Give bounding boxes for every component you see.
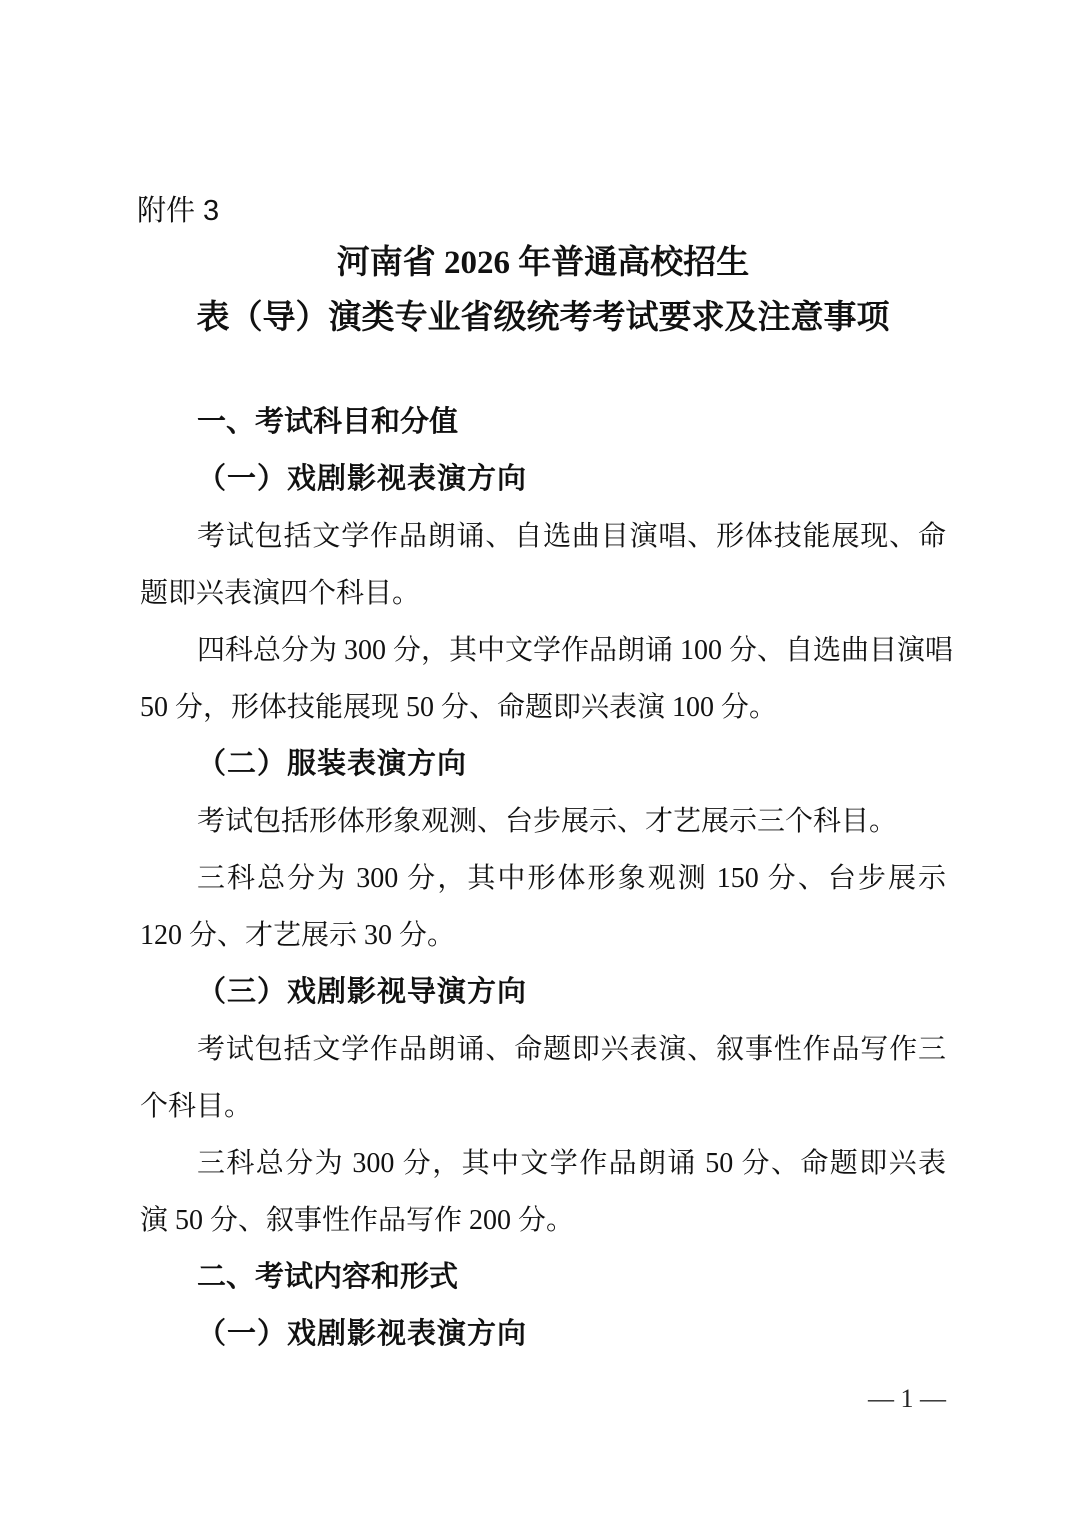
body-line: 考试包括文学作品朗诵、自选曲目演唱、形体技能展现、命 (140, 508, 946, 565)
body-line: 三科总分为 300 分，其中文学作品朗诵 50 分、命题即兴表 (140, 1135, 946, 1192)
body-line: 50 分，形体技能展现 50 分、命题即兴表演 100 分。 (140, 679, 946, 736)
body-line: 个科目。 (140, 1078, 946, 1135)
body-line: 题即兴表演四个科目。 (140, 565, 946, 622)
section-heading: （三）戏剧影视导演方向 (140, 964, 946, 1021)
body-line: 三科总分为 300 分，其中形体形象观测 150 分、台步展示 (140, 850, 946, 907)
body-line: 考试包括文学作品朗诵、命题即兴表演、叙事性作品写作三 (140, 1021, 946, 1078)
section-heading: （一）戏剧影视表演方向 (140, 1306, 946, 1363)
attachment-label: 附件 3 (137, 190, 219, 232)
section-heading: 一、考试科目和分值 (140, 394, 946, 451)
section-heading: （一）戏剧影视表演方向 (140, 451, 946, 508)
document-body: 一、考试科目和分值（一）戏剧影视表演方向考试包括文学作品朗诵、自选曲目演唱、形体… (140, 394, 946, 1363)
body-line: 演 50 分、叙事性作品写作 200 分。 (140, 1192, 946, 1249)
document-title-line1: 河南省 2026 年普通高校招生 (140, 236, 946, 291)
document-page: 附件 3 河南省 2026 年普通高校招生 表（导）演类专业省级统考考试要求及注… (0, 0, 1080, 1527)
body-line: 考试包括形体形象观测、台步展示、才艺展示三个科目。 (140, 793, 946, 850)
page-number: — 1 — (140, 1378, 946, 1420)
document-title-line2: 表（导）演类专业省级统考考试要求及注意事项 (140, 291, 946, 346)
body-line: 四科总分为 300 分，其中文学作品朗诵 100 分、自选曲目演唱 (140, 622, 946, 679)
section-heading: （二）服装表演方向 (140, 736, 946, 793)
body-line: 120 分、才艺展示 30 分。 (140, 907, 946, 964)
section-heading: 二、考试内容和形式 (140, 1249, 946, 1306)
